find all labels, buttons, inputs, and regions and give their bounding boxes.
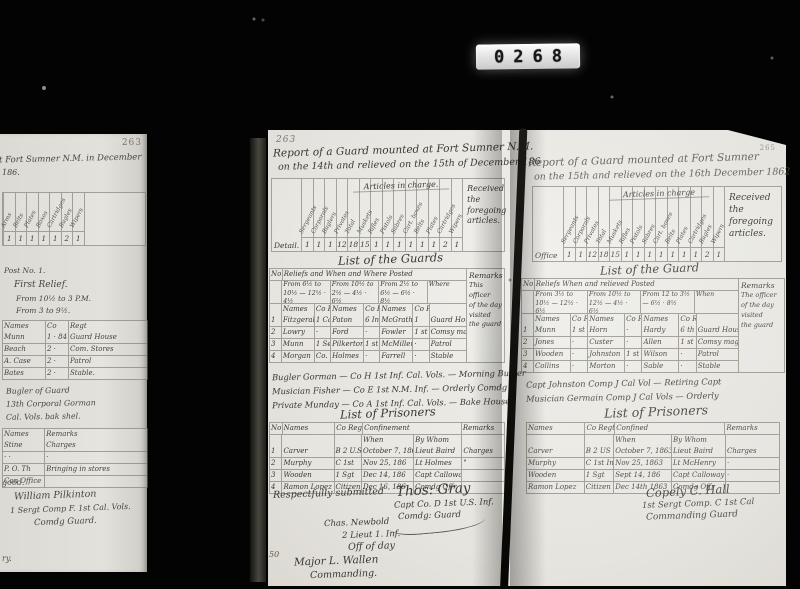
prisoners-header-row1: No Names Co Regt Confinement Remarks [270, 423, 504, 434]
frame-counter: 0268 [476, 43, 580, 69]
guard-co-3: · [412, 351, 428, 362]
left-articles-blank-box [84, 193, 146, 245]
guard-post: Patrol [429, 339, 466, 350]
guard-co-3: · [678, 361, 695, 372]
guard-co-1: Co. [314, 351, 330, 362]
guard-row: 2 Jones · Custer · Allen 1 st Comsy maga… [522, 336, 738, 348]
guards-span-header: No Reliefs When and relieved Posted [522, 279, 738, 290]
left-article-count: 1 [39, 231, 50, 245]
left-guard-header-row: Names Co Regt [3, 321, 147, 332]
guard-name-3: Sable [641, 361, 678, 372]
left-article-count: 1 [16, 231, 27, 245]
guard-post: Com. Stores [68, 344, 131, 355]
middle-margin-note: 50 [269, 550, 279, 559]
prisoner-when: October 7, 1863 [613, 446, 671, 457]
left-prisoner-row: P. O. Th Bringing in stores [3, 463, 147, 475]
guard-co-1: 1 st [570, 325, 587, 336]
left-margin-note2: ry. [2, 554, 12, 563]
commander-name: Major L. Wallen [294, 554, 379, 569]
film-dust-specks [0, 0, 2, 2]
middle-articles-columns: Sergeants 1 Corporals 1 Buglers 1 Privat… [301, 179, 462, 251]
prisoners-no-header: No [270, 423, 282, 434]
middle-header-line2: on the 14th and relieved on the 15th of … [278, 156, 541, 172]
left-article-count: 1 [27, 231, 38, 245]
guard-detail: 2 · [45, 344, 68, 355]
remarks-lines: This officerof the dayvisitedthe guard [469, 281, 503, 330]
prisoner-name: Wooden [527, 470, 584, 481]
guard-no: 4 [522, 361, 533, 372]
middle-articles-column: Pistols 1 [382, 179, 394, 251]
right-articles-column: Pistols 1 [632, 187, 644, 261]
guard-co-1: · [570, 349, 587, 360]
prisoner-remark: · [725, 458, 779, 469]
remarks-header: Remarks [741, 280, 782, 291]
middle-articles-column: Rifles 1 [370, 179, 382, 251]
prisoner-co: B 2 U.S. [334, 446, 362, 457]
guard-co-2: · [624, 337, 641, 348]
article-count: 1 [371, 237, 382, 251]
remarks-line: of the day [741, 301, 782, 311]
article-count: 1 [406, 237, 417, 251]
left-prisoner-row: Con Office [3, 475, 147, 487]
right-received-box: Received theforegoingarticles. [724, 187, 781, 261]
article-count: 2 [702, 247, 713, 261]
remarks-line: visited [741, 311, 782, 321]
prisoner-no: 3 [270, 470, 281, 481]
guard-name-1: Collins [533, 361, 570, 372]
right-prisoners-title: List of Prisoners [604, 402, 708, 421]
article-label: Wipers [447, 213, 463, 235]
prisoner-name: Murphy [527, 458, 584, 469]
left-prisoner-remarks-header: Remarks [44, 429, 147, 440]
prisoner-row: Wooden 1 Sgt Sept 14, 186 Capt Calloway … [527, 469, 779, 481]
prisoner-name: Ramon Lopez [527, 482, 584, 493]
prisoner-by: Lt McHenry [671, 458, 725, 469]
guard-co-2: · [363, 351, 379, 362]
counter-digit: 2 [513, 47, 524, 67]
received-line: articles. [467, 216, 506, 227]
guard-name-3: Allen [641, 337, 678, 348]
officer-of-day-name: Chas. Newbold [324, 517, 390, 529]
prisoner-when: Dec 14, 186 [361, 470, 413, 481]
prisoner-remark: " [461, 458, 504, 469]
middle-articles-column: Buglers 1 [324, 179, 336, 251]
guard-name: A. Case [3, 356, 45, 367]
right-header-line1: Report of a Guard mounted at Fort Sumner [528, 151, 759, 169]
prisoners-by-header: By Whom [413, 435, 461, 446]
crew-line: Musician Germain Comp J Cal Vols — Order… [526, 390, 721, 403]
left-articles-column: Belts 1 [15, 193, 27, 245]
guard-post: Guard House [68, 332, 131, 343]
prisoner-remark: Charges [44, 440, 147, 451]
remarks-line: visited [469, 311, 503, 321]
guard-co-3: 1 st [412, 327, 428, 338]
middle-articles-column: Wipers 1 [451, 179, 463, 251]
right-articles-detail-label: Office [533, 187, 563, 261]
middle-page: 263 Report of a Guard mounted at Fort Su… [268, 130, 504, 586]
article-count: 12 [587, 247, 598, 261]
prisoner-remark: · [44, 452, 147, 463]
co-label: Co Regt [678, 314, 695, 325]
right-guards-remarks-col: Remarks The officerof the dayvisitedthe … [738, 279, 784, 372]
prisoner-no: 1 [270, 446, 281, 457]
left-articles-column: Arms 1 [3, 193, 15, 245]
guard-post: Comsy magazine [429, 327, 466, 338]
prisoner-row: Murphy C 1st Inf Nov 25, 1863 Lt McHenry… [527, 457, 779, 469]
remarks-line: the guard [469, 320, 503, 330]
article-count: 1 [714, 247, 725, 261]
guards-reliefs-header: Reliefs When and relieved Posted [534, 279, 738, 290]
middle-guards-title: List of the Guards [338, 250, 443, 268]
co-label: Co Regt [570, 314, 587, 325]
article-label: Wipers [709, 223, 725, 245]
left-page-fragment: 263 at Fort Sumner N.M. in December 186.… [0, 134, 147, 572]
guard-co-3: · [678, 349, 695, 360]
guard-name-3: McGrath [379, 315, 412, 326]
prisoner-co: C 1st [334, 458, 362, 469]
left-crew-line: Cal. Vols. bak shel. [6, 411, 96, 422]
prisoner-row: Carver B 2 US October 7, 1863 Lieut Bair… [527, 446, 779, 457]
right-sig-role: Commanding Guard [646, 509, 738, 522]
article-count: 1 [576, 247, 587, 261]
guards-time1: From 6½ to 10½ — 12½ · 4½ [281, 281, 330, 303]
left-articles-column: Boxes 1 [38, 193, 50, 245]
co-label: Co Regt [624, 314, 641, 325]
guard-name-3: Farrell [379, 351, 412, 362]
prisoner-remark [44, 476, 147, 487]
guards-span-header: No. Reliefs and When and Where Posted [270, 269, 466, 280]
middle-articles-column: Sabres 1 [393, 179, 405, 251]
left-prisoner-row: Stine Charges [3, 440, 147, 451]
guard-co-2: · [624, 325, 641, 336]
guard-co-1: · [570, 337, 587, 348]
left-prisoner-names-header: Names [3, 429, 44, 440]
left-articles-columns: Arms 1 Belts 1 Plates 1 Boxes 1 Cartridg… [3, 193, 84, 245]
guard-post: Patrol [696, 349, 738, 360]
officer-of-day-rank: 2 Lieut 1. Inf. [342, 529, 401, 541]
guards-time2: From 10½ to 12½ — 4½ · 6½ [587, 291, 641, 313]
guard-no: 4 [270, 351, 281, 362]
left-crew-lines: Bugler of Guard13th Corporal GormanCal. … [6, 386, 96, 425]
middle-articles-column: Plates 1 [428, 179, 440, 251]
prisoner-when: Nov 25, 186 [361, 458, 413, 469]
left-guard-row: Bates 2 · Stable. [3, 367, 147, 379]
crew-line: Capt Johnston Comp J Cal Vol — Retiring … [526, 376, 721, 389]
prisoner-name: Carver [281, 446, 333, 457]
prisoner-row: 1 Carver B 2 U.S. October 7, 186 Lieut B… [270, 446, 504, 457]
prisoner-when: October 7, 186 [361, 446, 413, 457]
received-line: Received the [729, 192, 777, 216]
prisoners-names-header: Names [282, 423, 335, 434]
prisoner-remark: Charges [461, 446, 504, 457]
names-label: Names [641, 314, 678, 325]
guard-co-3: 1 st [678, 337, 695, 348]
crew-line: Musician Fisher — Co E 1st N.M. Inf. — O… [272, 382, 526, 396]
prisoners-remarks-header: Remarks [724, 423, 779, 434]
guards-time-row: From 3½ to 10½ — 12½ · 6½ From 10½ to 12… [522, 290, 738, 313]
guards-time1: From 3½ to 10½ — 12½ · 6½ [533, 291, 587, 313]
article-count: 1 [452, 237, 463, 251]
guard-co-1: 1 Serg [314, 339, 330, 350]
right-guards-rows: 1 Munn 1 st Horn · Hardy 6 th Guard Hous… [522, 325, 738, 372]
prisoner-by: Lt Holmes [413, 458, 461, 469]
prisoner-co: C 1st Inf [584, 458, 613, 469]
names-label: Names [533, 314, 570, 325]
middle-articles-column: Cartridges 2 [439, 179, 451, 251]
article-count: 1 [691, 247, 702, 261]
article-count: 1 [325, 237, 336, 251]
left-guard-regt-header: Regt [68, 321, 131, 332]
middle-articles-detail-label: Detail. [272, 179, 301, 251]
guard-detail: 2 · [45, 356, 68, 367]
guard-name-3: McMillen [379, 339, 412, 350]
left-signature-role: Comdg Guard. [34, 516, 97, 528]
guard-name-2: Pilkerton [330, 339, 363, 350]
guard-co-2: 1 st [624, 349, 641, 360]
left-articles-column: Wipers 1 [72, 193, 84, 245]
guard-no: 2 [270, 327, 281, 338]
prisoner-row: 2 Murphy C 1st Nov 25, 186 Lt Holmes " [270, 457, 504, 469]
guard-name-2: Morton [587, 361, 624, 372]
guard-no: 1 [270, 315, 281, 326]
guard-co-1: · [570, 361, 587, 372]
article-count: 1 [314, 237, 325, 251]
guard-name-2: Horn [587, 325, 624, 336]
guard-row: 3 Munn 1 Serg Pilkerton 1 st McMillen · … [270, 338, 466, 350]
prisoner-co: Citizen [584, 482, 613, 493]
guard-name: Munn [3, 332, 45, 343]
prisoner-remark: · [725, 482, 779, 493]
prisoner-name: Wooden [281, 470, 333, 481]
guards-names-header-row: Names Co Regt Names Co Regt Names Co Reg… [522, 313, 738, 325]
article-count: 1 [429, 237, 440, 251]
guard-post: Guard House [696, 325, 738, 336]
right-articles-column: Sabres 1 [644, 187, 656, 261]
middle-articles-column: Cart. boxes 1 [405, 179, 417, 251]
co-label: Co Regt [412, 304, 428, 315]
article-count: 1 [679, 247, 690, 261]
prisoner-co: B 2 US [584, 446, 613, 457]
received-line: foregoing [467, 206, 506, 217]
guard-row: 3 Wooden · Johnston 1 st Wilson · Patrol [522, 348, 738, 360]
left-guard-table: Names Co Regt Munn 1 · 84 Guard House Be… [2, 320, 148, 380]
middle-sig-rank: Capt Co. D 1st U.S. Inf. [394, 497, 494, 510]
left-crew-line: Bugler of Guard [6, 385, 96, 396]
left-prisoner-rows: Stine Charges · · · P. O. Th Bringing in… [3, 440, 147, 487]
guard-co-1: 1 Cal [314, 315, 330, 326]
right-articles-column: Cart. boxes 1 [655, 187, 667, 261]
guard-name-1: Munn [533, 325, 570, 336]
left-relief-title: First Relief. [14, 280, 68, 290]
middle-articles-column: Muskets 15 [359, 179, 371, 251]
right-guards-table: No Reliefs When and relieved Posted From… [521, 278, 785, 373]
guard-name-2: Custer [587, 337, 624, 348]
co-label: Co Regt [363, 304, 379, 315]
article-count: 15 [360, 237, 371, 251]
co-label: Co Regt [314, 304, 330, 315]
prisoners-header-row1: Names Co Regt Confined Remarks [527, 423, 779, 434]
left-post-line: Post No. 1. [4, 266, 45, 275]
guard-post: Stable [429, 351, 466, 362]
left-guard-row: Beach 2 · Com. Stores [3, 343, 147, 355]
remarks-line: The officer [741, 291, 782, 301]
right-articles-column: Bugles 2 [701, 187, 713, 261]
guards-time-row: From 6½ to 10½ — 12½ · 4½ From 10½ to 2½… [270, 280, 466, 303]
prisoners-co-header: Co Regt [334, 423, 362, 434]
prisoner-by: Lieut Baird [413, 446, 461, 457]
left-guard-co-header: Co [45, 321, 68, 332]
left-page-number: 263 [122, 138, 142, 148]
prisoner-by: Capt Calloway [413, 470, 461, 481]
guard-name-3: Wilson [641, 349, 678, 360]
article-count: 1 [564, 247, 575, 261]
received-line: Received the [467, 184, 506, 206]
guard-co-2: 1 st [363, 339, 379, 350]
left-article-count: 1 [73, 231, 84, 245]
left-article-label: Arms [0, 212, 14, 229]
left-articles-column: Plates 1 [26, 193, 38, 245]
guards-where-label: Where [427, 281, 466, 303]
guard-name-3: Fowler [379, 327, 412, 338]
prisoner-when: Nov 25, 1863 [613, 458, 671, 469]
guard-row: 1 Fitzgerald 1 Cal Paton 6 Inf McGrath 1… [270, 315, 466, 326]
guards-names-header-row: Names Co Regt Names Co Regt Names Co Reg… [270, 303, 466, 315]
guard-name-3: Hardy [641, 325, 678, 336]
article-count: 1 [383, 237, 394, 251]
prisoner-name: · · [3, 452, 44, 463]
right-articles-column: Total 18 [598, 187, 610, 261]
article-count: 15 [610, 247, 621, 261]
guard-no: 2 [522, 337, 533, 348]
names-label: Names [587, 314, 624, 325]
left-articles-column: Cartridges 1 [49, 193, 61, 245]
left-relief-time1: From 10½ to 3 P.M. [16, 294, 91, 303]
prisoners-when-header: When [361, 435, 413, 446]
right-articles-column: Privates 12 [586, 187, 598, 261]
article-count: 1 [417, 237, 428, 251]
guard-name-1: Fitzgerald [281, 315, 314, 326]
prisoner-co: 1 Sgt [584, 470, 613, 481]
left-guard-names-header: Names [3, 321, 45, 332]
prisoner-co: 1 Sgt [334, 470, 362, 481]
middle-guards-table: No. Reliefs and When and Where Posted Fr… [269, 268, 505, 363]
guard-post: Stable [696, 361, 738, 372]
left-signature-name: William Pilkinton [14, 489, 97, 503]
guard-name-2: Holmes [330, 351, 363, 362]
left-header-line1: at Fort Sumner N.M. in December [0, 152, 141, 165]
prisoner-no: 2 [270, 458, 281, 469]
middle-articles-column: Sergeants 1 [301, 179, 313, 251]
right-page-stamp: 265 [760, 144, 776, 152]
guards-no-header: No [522, 279, 534, 290]
right-articles-column: Plates 1 [678, 187, 690, 261]
right-articles-column: Rifles 1 [621, 187, 633, 261]
prisoner-remark: Charges [725, 446, 779, 457]
guard-name-1: Morgan [281, 351, 314, 362]
guard-co-1: · [314, 327, 330, 338]
prisoners-remarks-header: Remarks [461, 423, 504, 434]
middle-articles-column: Privates 12 [336, 179, 348, 251]
remarks-line: This officer [469, 281, 503, 301]
left-guard-row: A. Case 2 · Patrol [3, 355, 147, 367]
guard-row: 2 Lowry · Ford · Fowler 1 st Comsy magaz… [270, 326, 466, 338]
prisoner-by: Capt Calloway [671, 470, 725, 481]
guard-no: 3 [522, 349, 533, 360]
left-articles-column: Bugles 2 [61, 193, 73, 245]
right-articles-columns: Sergeants 1 Corporals 1 Privates 12 Tota… [563, 187, 724, 261]
guards-time3: From 2½ to 6½ — 6½ · 8½ [378, 281, 427, 303]
article-count: 12 [337, 237, 348, 251]
right-articles-column: Muskets 15 [609, 187, 621, 261]
guard-detail: 2 · [45, 368, 68, 379]
guard-name-2: Ford [330, 327, 363, 338]
right-articles-table: Office Articles in charge Sergeants 1 Co… [532, 186, 782, 262]
page-stack-edge [250, 138, 266, 582]
prisoners-by-header: By Whom [671, 435, 725, 446]
guard-name-1: Wooden [533, 349, 570, 360]
prisoner-by: Lieut Baird [671, 446, 725, 457]
prisoners-co-header: Co Regt [584, 423, 614, 434]
guard-no: 3 [270, 339, 281, 350]
middle-prisoners-title: List of Prisoners [340, 404, 436, 421]
guards-time2: From 10½ to 2½ — 4½ · 6½ [330, 281, 379, 303]
crew-line: Bugler Gorman — Co H 1st Inf. Cal. Vols.… [272, 368, 526, 382]
guard-post: Comsy magazine [696, 337, 738, 348]
prisoner-name: Murphy [281, 458, 333, 469]
remarks-header: Remarks [469, 270, 503, 281]
left-prisoner-header-row: Names Remarks [3, 429, 147, 440]
middle-page-number: 263 [276, 135, 296, 145]
right-articles-column: Belts 1 [667, 187, 679, 261]
left-article-count: 1 [4, 231, 15, 245]
left-margin-note: good. [2, 478, 24, 487]
guard-post: Guard House [429, 315, 466, 326]
article-count: 2 [440, 237, 451, 251]
guards-time3: From 12 to 3½ — 6½ · 8½ [640, 291, 694, 313]
guards-reliefs-header: Reliefs and When and Where Posted [282, 269, 466, 280]
commander-role: Commanding. [310, 568, 377, 581]
left-article-label: Wipers [69, 207, 85, 229]
article-count: 18 [599, 247, 610, 261]
guard-co-3: · [412, 339, 428, 350]
middle-guards-rows: 1 Fitzgerald 1 Cal Paton 6 Inf McGrath 1… [270, 315, 466, 362]
remarks-line: the guard [741, 321, 782, 331]
article-count: 1 [668, 247, 679, 261]
guard-row: 4 Collins · Morton · Sable · Stable [522, 360, 738, 372]
guard-post: Stable. [68, 368, 131, 379]
article-count: 1 [656, 247, 667, 261]
prisoner-name: P. O. Th [3, 464, 44, 475]
left-guard-row: Munn 1 · 84 Guard House [3, 332, 147, 343]
guard-co-2: · [624, 361, 641, 372]
guard-co-2: · [363, 327, 379, 338]
guard-co-3: 1 [412, 315, 428, 326]
article-count: 1 [633, 247, 644, 261]
article-count: 1 [302, 237, 313, 251]
received-line: articles. [729, 228, 777, 240]
right-articles-column: Sergeants 1 [563, 187, 575, 261]
prisoners-when-header: When [613, 435, 671, 446]
right-prisoners-table: Names Co Regt Confined Remarks When By W… [526, 422, 780, 494]
middle-articles-table: Detail. Articles in charge. Sergeants 1 … [271, 178, 505, 252]
right-articles-column: Corporals 1 [575, 187, 587, 261]
middle-guards-remarks-col: Remarks This officerof the dayvisitedthe… [466, 269, 505, 362]
guard-row: 4 Morgan Co. Holmes · Farrell · Stable [270, 350, 466, 362]
article-count: 1 [645, 247, 656, 261]
page-corner-cut [728, 130, 786, 145]
right-header-line2: on the 15th and relieved on the 16th Dec… [534, 166, 791, 182]
left-article-count: 1 [50, 231, 61, 245]
